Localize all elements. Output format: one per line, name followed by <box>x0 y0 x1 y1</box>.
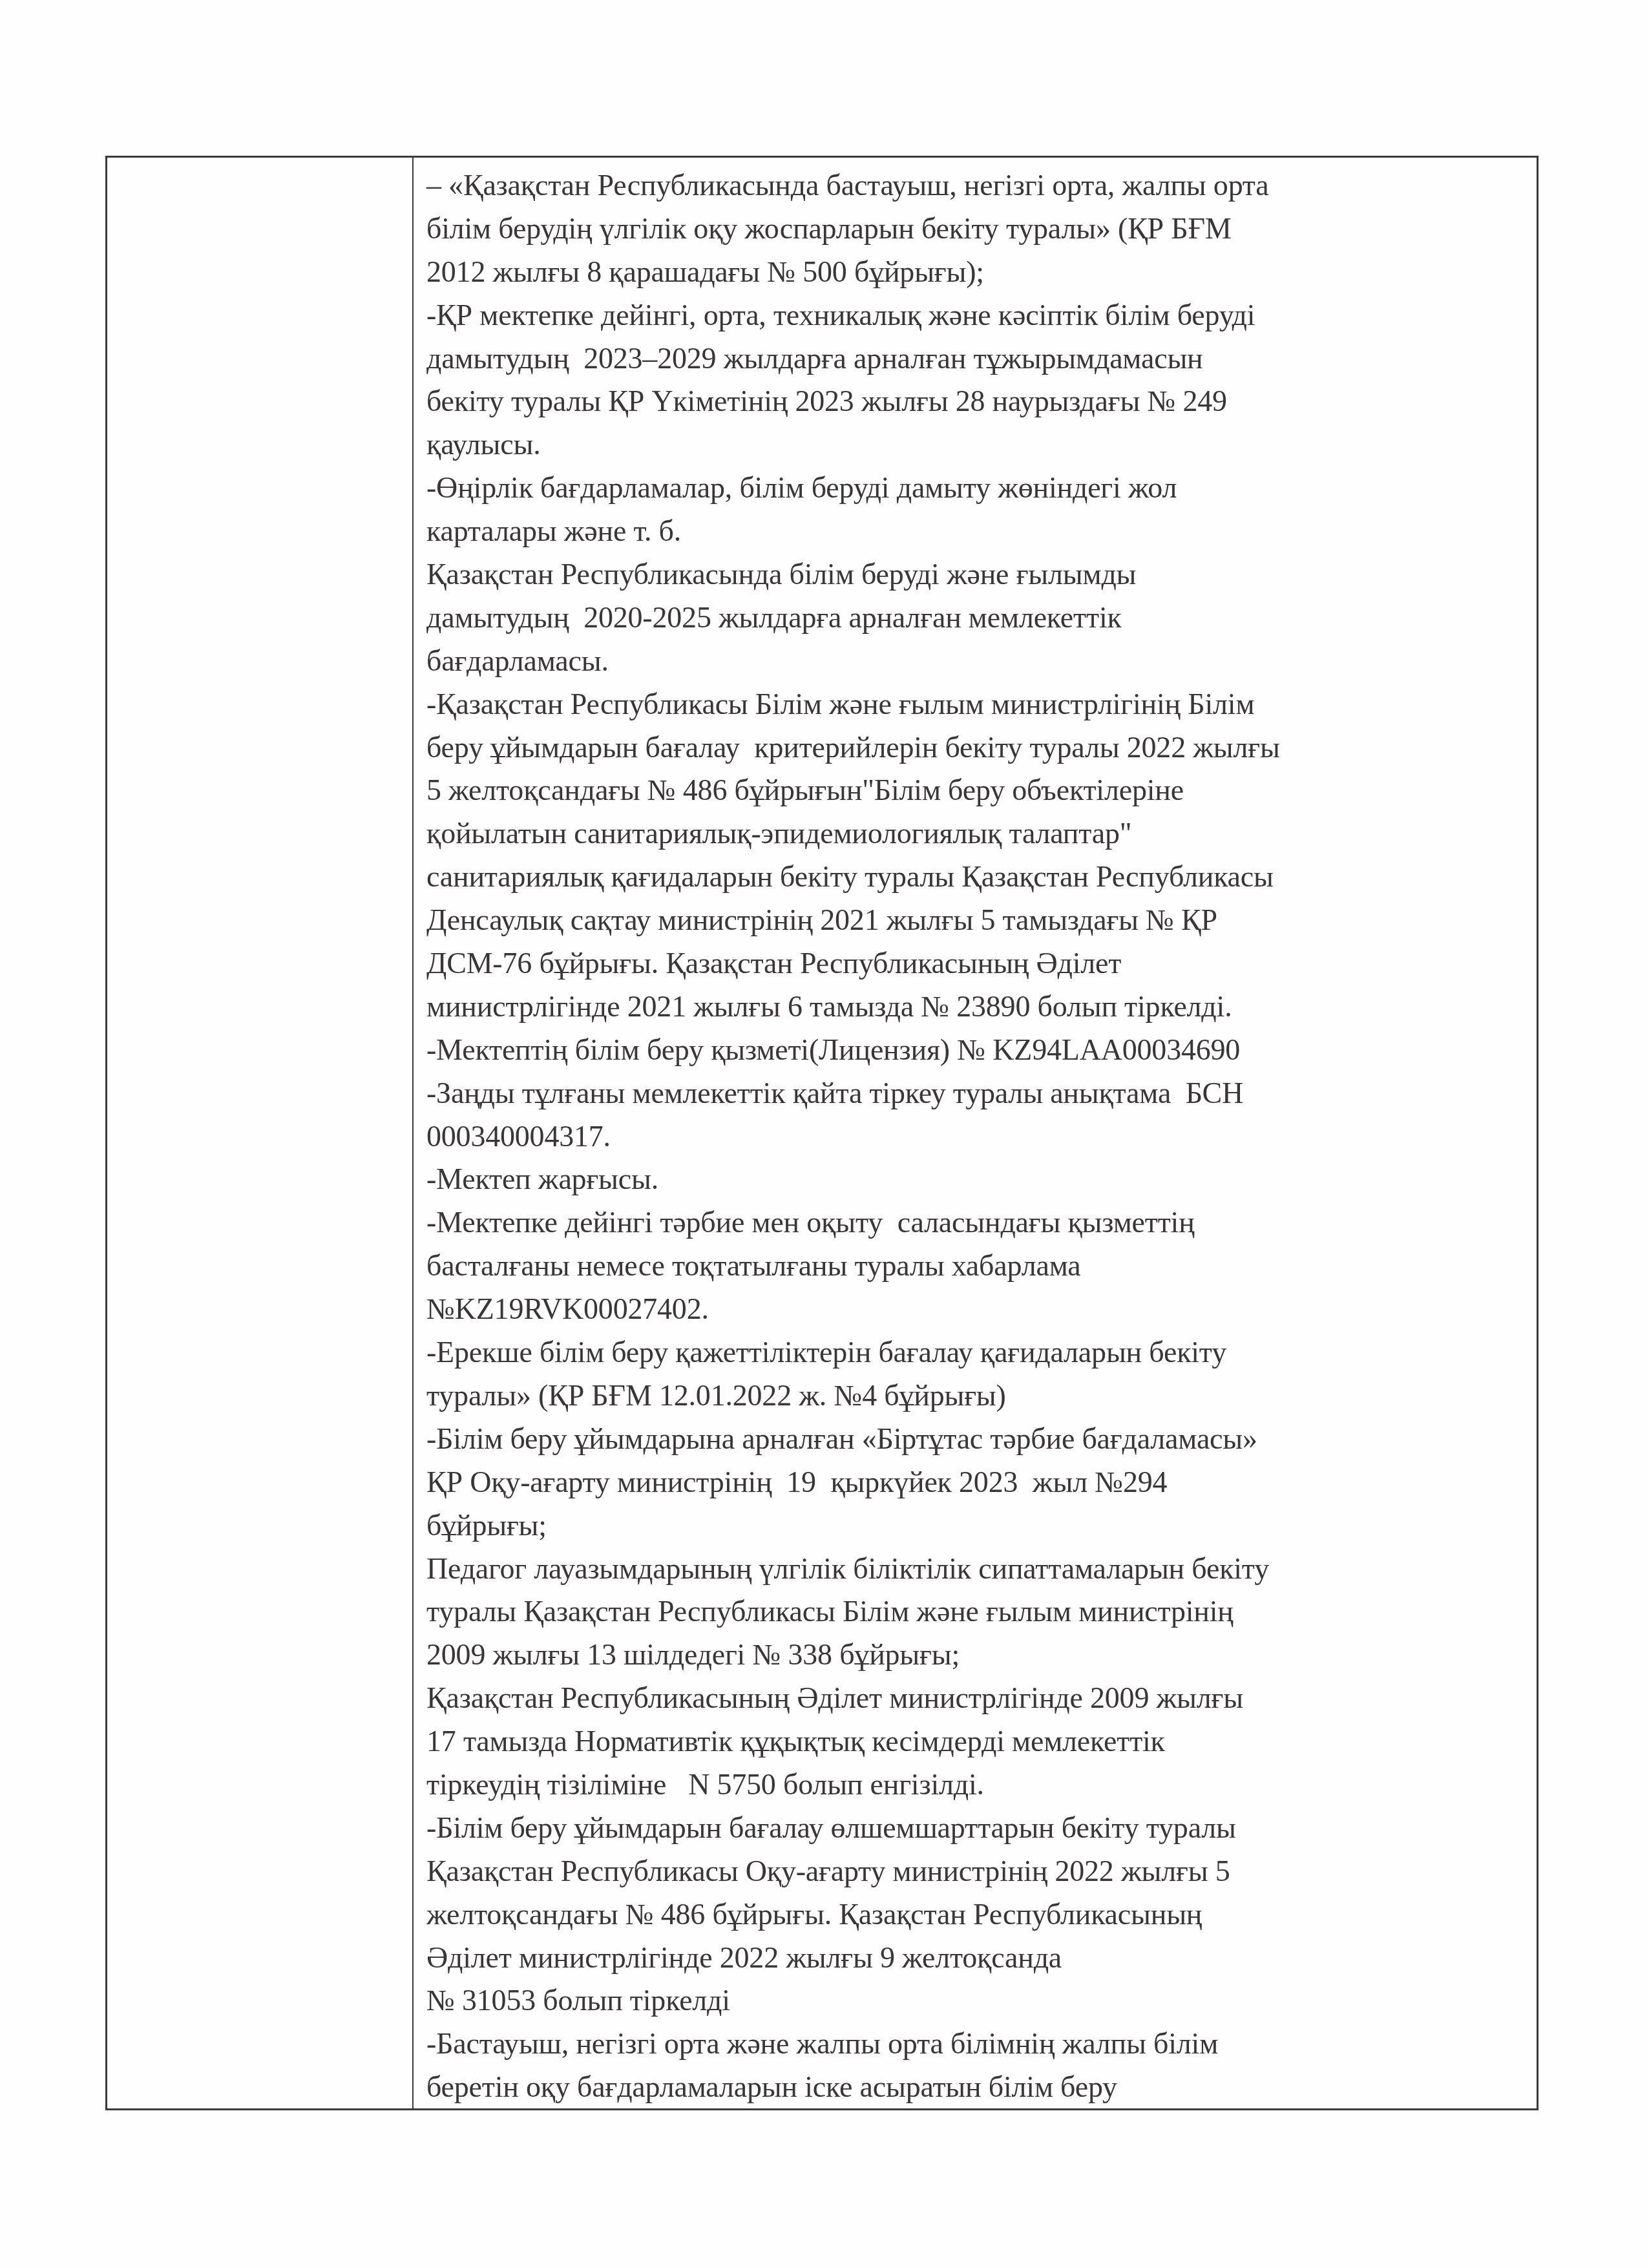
text-line: туралы Қазақстан Республикасы Білім және… <box>426 1590 1537 1633</box>
text-line: Қазақстан Республикасы Оқу-ағарту минист… <box>426 1850 1537 1893</box>
text-line: 2009 жылғы 13 шілдедегі № 338 бұйрығы; <box>426 1633 1537 1677</box>
text-line: -Мектептің білім беру қызметі(Лицензия) … <box>426 1029 1537 1072</box>
text-line: карталары және т. б. <box>426 510 1537 553</box>
text-line: Педагог лауазымдарының үлгілік біліктілі… <box>426 1548 1537 1591</box>
text-line: № 31053 болып тіркелді <box>426 1979 1537 2022</box>
text-line: санитариялық қағидаларын бекіту туралы Қ… <box>426 856 1537 899</box>
text-line: ҚР Оқу-ағарту министрінің 19 қыркүйек 20… <box>426 1461 1537 1504</box>
text-line: 17 тамызда Нормативтік құқықтық кесімдер… <box>426 1720 1537 1763</box>
text-line: басталғаны немесе тоқтатылғаны туралы ха… <box>426 1244 1537 1288</box>
text-line: бұйрығы; <box>426 1504 1537 1548</box>
text-line: беретін оқу бағдарламаларын іске асыраты… <box>426 2066 1537 2109</box>
text-line: – «Қазақстан Республикасында бастауыш, н… <box>426 164 1537 207</box>
text-line: -Білім беру ұйымдарына арналған «Біртұта… <box>426 1418 1537 1461</box>
text-line: дамытудың 2020-2025 жылдарға арналған ме… <box>426 596 1537 640</box>
text-line: -Қазақстан Республикасы Білім және ғылым… <box>426 683 1537 726</box>
regulations-list-text: – «Қазақстан Республикасында бастауыш, н… <box>426 164 1537 2109</box>
text-line: -Бастауыш, негізгі орта және жалпы орта … <box>426 2022 1537 2066</box>
document-table: – «Қазақстан Республикасында бастауыш, н… <box>105 156 1539 2110</box>
text-line: -Өңірлік бағдарламалар, білім беруді дам… <box>426 467 1537 510</box>
text-line: Денсаулық сақтау министрінің 2021 жылғы … <box>426 899 1537 942</box>
text-line: желтоқсандағы № 486 бұйрығы. Қазақстан Р… <box>426 1893 1537 1937</box>
text-line: -Ерекше білім беру қажеттіліктерін бағал… <box>426 1331 1537 1374</box>
text-line: білім берудің үлгілік оқу жоспарларын бе… <box>426 207 1537 251</box>
text-line: -Заңды тұлғаны мемлекеттік қайта тіркеу … <box>426 1072 1537 1115</box>
text-line: қаулысы. <box>426 423 1537 467</box>
text-line: 000340004317. <box>426 1115 1537 1159</box>
text-line: Әділет министрлігінде 2022 жылғы 9 желто… <box>426 1937 1537 1980</box>
text-line: 5 желтоқсандағы № 486 бұйрығын"Білім бер… <box>426 769 1537 812</box>
text-line: 2012 жылғы 8 қарашадағы № 500 бұйрығы); <box>426 251 1537 294</box>
text-line: дамытудың 2023–2029 жылдарға арналған тұ… <box>426 337 1537 381</box>
text-line: Қазақстан Республикасында білім беруді ж… <box>426 553 1537 596</box>
text-line: тіркеудің тізіліміне N 5750 болып енгізі… <box>426 1763 1537 1807</box>
text-line: қойылатын санитариялық-эпидемиологиялық … <box>426 812 1537 856</box>
text-line: -Мектепке дейінгі тәрбие мен оқыту салас… <box>426 1201 1537 1244</box>
table-right-cell: – «Қазақстан Республикасында бастауыш, н… <box>414 158 1537 2108</box>
table-left-cell <box>107 158 414 2108</box>
text-line: ДСМ-76 бұйрығы. Қазақстан Республикасыны… <box>426 942 1537 985</box>
text-line: министрлігінде 2021 жылғы 6 тамызда № 23… <box>426 985 1537 1029</box>
text-line: Қазақстан Республикасының Әділет министр… <box>426 1677 1537 1720</box>
text-line: беру ұйымдарын бағалау критерийлерін бек… <box>426 726 1537 770</box>
text-line: -Білім беру ұйымдарын бағалау өлшемшартт… <box>426 1807 1537 1850</box>
scanned-document-page: – «Қазақстан Республикасында бастауыш, н… <box>0 0 1649 2268</box>
text-line: -Мектеп жарғысы. <box>426 1158 1537 1201</box>
text-line: №KZ19RVK00027402. <box>426 1288 1537 1331</box>
text-line: туралы» (ҚР БҒМ 12.01.2022 ж. №4 бұйрығы… <box>426 1374 1537 1418</box>
text-line: бағдарламасы. <box>426 640 1537 683</box>
text-line: бекіту туралы ҚР Үкіметінің 2023 жылғы 2… <box>426 380 1537 423</box>
text-line: -ҚР мектепке дейінгі, орта, техникалық ж… <box>426 294 1537 337</box>
